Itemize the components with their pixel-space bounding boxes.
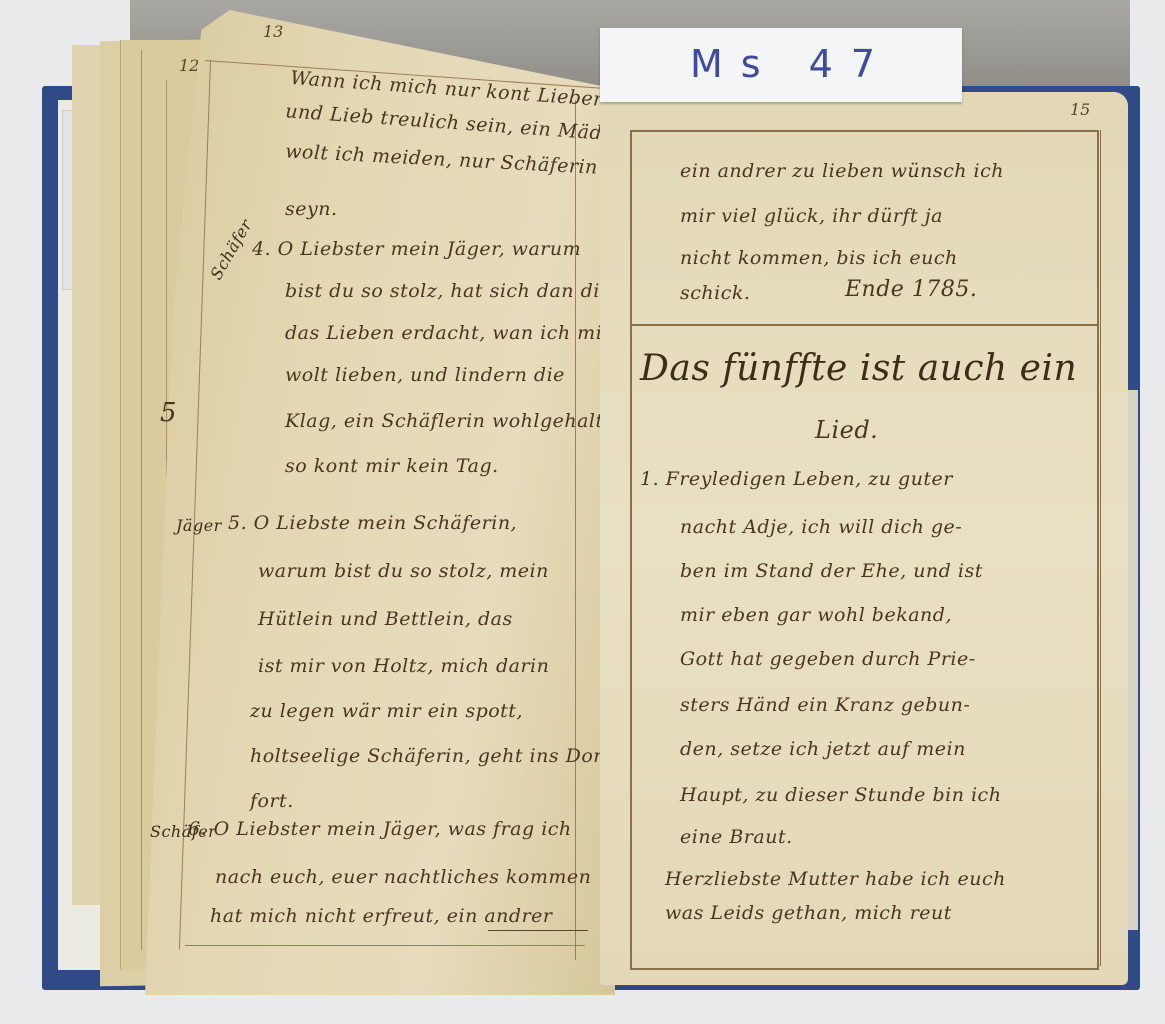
text-line: nach euch, euer nachtliches kommen [215, 866, 591, 888]
end-date: Ende 1785. [845, 277, 977, 302]
text-line: Klag, ein Schäflerin wohlgehalt [285, 410, 604, 432]
text-line: mir viel glück, ihr dürft ja [680, 205, 943, 227]
text-line: mir eben gar wohl bekand, [680, 604, 952, 626]
text-line: Hütlein und Bettlein, das [258, 608, 513, 630]
section-divider [630, 324, 1097, 326]
text-line: Herzliebste Mutter habe ich euch [665, 868, 1006, 890]
song-heading: Das fünffte ist auch ein [640, 348, 1077, 389]
text-line: holtseelige Schäferin, geht ins Dorf [250, 745, 610, 767]
text-line: 5. O Liebste mein Schäferin, [228, 512, 517, 534]
page-number: 15 [1070, 100, 1090, 119]
text-line: hat mich nicht erfreut, ein andrer [210, 905, 553, 927]
margin-note: Jäger [176, 516, 222, 535]
text-line: 6. O Liebster mein Jäger, was frag ich [188, 818, 572, 840]
margin-verse-mark: 5 [160, 398, 177, 428]
text-line: schick. [680, 282, 750, 304]
text-line: zu legen wär mir ein spott, [250, 700, 523, 722]
page-number: 12 [179, 56, 199, 75]
text-line: Gott hat gegeben durch Prie- [680, 648, 976, 670]
text-line: wolt lieben, und lindern die [285, 364, 565, 386]
text-line: das Lieben erdacht, wan ich mich [285, 322, 626, 344]
shelfmark-text: Ms 47 [690, 42, 893, 86]
text-line: 4. O Liebster mein Jäger, warum [252, 238, 581, 260]
text-line: so kont mir kein Tag. [285, 455, 499, 477]
text-line: warum bist du so stolz, mein [258, 560, 549, 582]
text-line: nicht kommen, bis ich euch [680, 247, 958, 269]
text-line: sters Händ ein Kranz gebun- [680, 694, 970, 716]
page-number: 13 [263, 22, 283, 41]
text-line: ben im Stand der Ehe, und ist [680, 560, 983, 582]
text-line: ein andrer zu lieben wünsch ich [680, 160, 1004, 182]
text-line: was Leids gethan, mich reut [665, 902, 952, 924]
text-line: eine Braut. [680, 826, 793, 848]
text-line: seyn. [285, 198, 338, 220]
catchword-underline [488, 930, 588, 931]
text-line: ist mir von Holtz, mich darin [258, 655, 549, 677]
text-line: fort. [250, 790, 294, 812]
text-line: nacht Adje, ich will dich ge- [680, 516, 962, 538]
text-line: den, setze ich jetzt auf mein [680, 738, 966, 760]
text-line: 1. Freyledigen Leben, zu guter [640, 468, 953, 490]
song-heading-line2: Lied. [815, 416, 878, 444]
text-line: Haupt, zu dieser Stunde bin ich [680, 784, 1001, 806]
